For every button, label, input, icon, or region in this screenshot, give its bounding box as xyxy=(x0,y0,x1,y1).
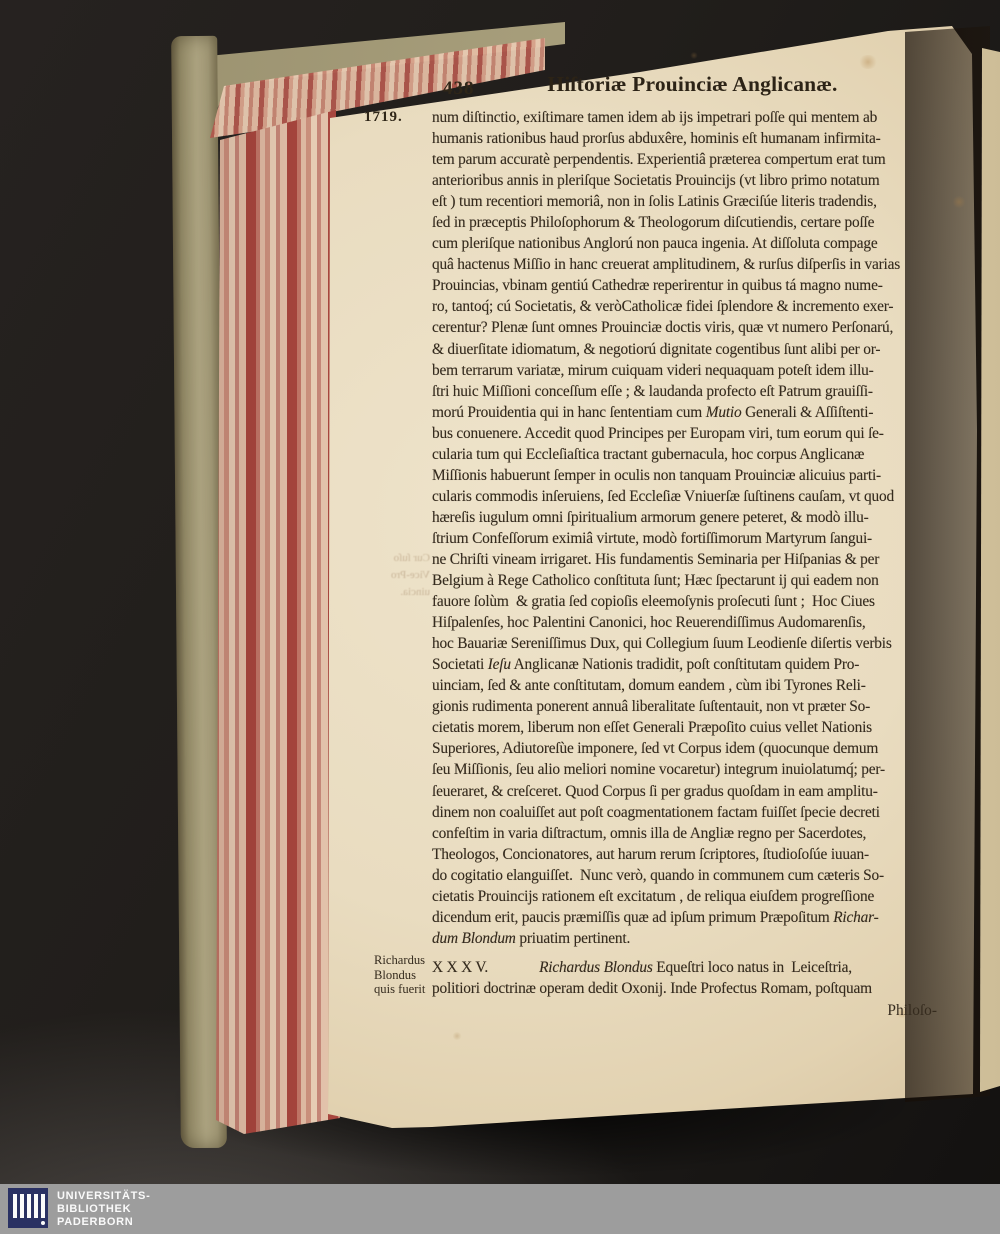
body-text-12: & diuerſitate idiomatum, & negotiorú dig… xyxy=(432,341,937,362)
body-text-16: bus conuenere. Accedit quod Principes pe… xyxy=(432,425,937,446)
body-text-4: anterioribus annis in pleriſque Societat… xyxy=(432,172,937,193)
body-text-21: ſtrium Confeſſorum eximiâ virtute, modò … xyxy=(432,530,937,551)
logo-bar-icon xyxy=(41,1194,45,1218)
body-text-6: ſed in præceptis Philoſophorum & Theolog… xyxy=(432,214,937,235)
margin-note-richardus-2: Blondus xyxy=(374,968,432,983)
body-text-9: Prouincias, vbinam gentiú Cathedræ reper… xyxy=(432,277,937,298)
body-text-22: ne Chriſti vineam irrigaret. His fundame… xyxy=(432,551,937,572)
body-text-17: cularia tum qui Eccleſiaſtica tractant g… xyxy=(432,446,937,467)
section-xxxv-text-2: politiori doctrinæ operam dedit Oxonij. … xyxy=(432,980,937,1001)
library-name-1: UNIVERSITÄTS- xyxy=(57,1190,150,1203)
body-text-36: Theologos, Concionatores, aut harum reru… xyxy=(432,846,937,867)
show-through-ghost-note-1: Cur ſuſo xyxy=(336,550,430,567)
body-text-15: morú Prouidentia qui in hanc ſententiam … xyxy=(432,404,937,425)
library-name-3: PADERBORN xyxy=(57,1216,150,1229)
catchword: Philoſo- xyxy=(432,1002,937,1020)
margin-note-richardus-3: quis fuerit xyxy=(374,982,432,997)
body-text-1: num diſtinctio, exiſtimare tamen idem ab… xyxy=(432,109,937,130)
margin-note-richardus: RichardusBlondusquis fuerit xyxy=(374,953,432,997)
body-text-30: cietatis morem, liberum non eſſet Genera… xyxy=(432,719,937,740)
section-xxxv-text-1: X X X V. Richardus Blondus Equeſtri loco… xyxy=(432,959,937,980)
logo-dot-icon xyxy=(41,1221,45,1225)
running-title: Hiſtoriæ Prouinciæ Anglicanæ. xyxy=(440,72,945,97)
show-through-ghost-note-3: uincia. xyxy=(336,584,430,601)
library-watermark-band: UNIVERSITÄTS-BIBLIOTHEKPADERBORN xyxy=(0,1184,1000,1234)
logo-bar-icon xyxy=(20,1194,24,1218)
body-text-39: dicendum erit, paucis præmiſſis quæ ad i… xyxy=(432,909,937,930)
body-text-29: gionis rudimenta ponerent annuâ liberali… xyxy=(432,698,937,719)
body-text-26: hoc Bauariæ Sereniſſimus Dux, qui Colleg… xyxy=(432,635,937,656)
page-content: 438 Hiſtoriæ Prouinciæ Anglicanæ. 1719. … xyxy=(0,0,1000,1234)
body-text-37: do cogitatio elanguiſſet. Nunc verò, qua… xyxy=(432,867,937,888)
body-text-31: Superiores, Adiutoreſùe imponere, ſed vt… xyxy=(432,740,937,761)
section-xxxv-text: X X X V. Richardus Blondus Equeſtri loco… xyxy=(432,959,937,1001)
logo-bar-icon xyxy=(13,1194,17,1218)
body-text-18: Miſſionis habuerunt ſemper in oculis non… xyxy=(432,467,937,488)
body-text-40: dum Blondum priuatim pertinent. xyxy=(432,930,937,951)
logo-bar-icon xyxy=(34,1194,38,1218)
body-text-2: humanis rationibus haud prorſus abduxêre… xyxy=(432,130,937,151)
show-through-ghost-note: Cur ſuſoVice-Prouincia. xyxy=(336,550,430,601)
body-text-14: ſtri huic Miſſioni conceſſum eſſe ; & la… xyxy=(432,383,937,404)
library-name: UNIVERSITÄTS-BIBLIOTHEKPADERBORN xyxy=(57,1190,150,1230)
body-text-27: Societati Ieſu Anglicanæ Nationis tradid… xyxy=(432,656,937,677)
library-name-2: BIBLIOTHEK xyxy=(57,1203,150,1216)
show-through-ghost-note-2: Vice-Pro xyxy=(336,567,430,584)
margin-year-note: 1719. xyxy=(364,109,426,126)
body-text-23: Belgium à Rege Catholico conſtituta ſunt… xyxy=(432,572,937,593)
body-text-10: ro, tantoq́; cú Societatis, & veròCathol… xyxy=(432,298,937,319)
library-logo-icon xyxy=(8,1188,48,1228)
body-text-5: eſt ) tum recentiori memoriâ, non in ſol… xyxy=(432,193,937,214)
body-text-25: Hiſpalenſes, hoc Palentini Canonici, hoc… xyxy=(432,614,937,635)
body-text-35: confeſtim in varia diſtractum, omnis ill… xyxy=(432,825,937,846)
body-text-19: cularis commodis inſeruiens, ſed Eccleſi… xyxy=(432,488,937,509)
digitized-book-scan: 438 Hiſtoriæ Prouinciæ Anglicanæ. 1719. … xyxy=(0,0,1000,1234)
margin-note-richardus-1: Richardus xyxy=(374,953,432,968)
body-text: num diſtinctio, exiſtimare tamen idem ab… xyxy=(432,109,937,951)
body-text-32: ſeu Miſſionis, ſeu alio meliori nomine v… xyxy=(432,761,937,782)
body-text-20: hæreſis iugulum omni ſpiritualium armoru… xyxy=(432,509,937,530)
body-text-3: tem parum accuratè perpendentis. Experie… xyxy=(432,151,937,172)
body-text-7: cum pleriſque nationibus Anglorú non pau… xyxy=(432,235,937,256)
body-text-24: fauore ſolùm & gratia ſed copioſis eleem… xyxy=(432,593,937,614)
logo-bar-icon xyxy=(27,1194,31,1218)
body-text-11: cerentur? Plenæ ſunt omnes Prouinciæ doc… xyxy=(432,319,937,340)
body-text-8: quâ hactenus Miſſio in hanc creuerat amp… xyxy=(432,256,937,277)
body-text-38: cietatis Prouincijs rationem eſt excitat… xyxy=(432,888,937,909)
body-text-13: bem terrarum variatæ, mirum cuiquam vide… xyxy=(432,362,937,383)
body-text-33: ſeueraret, & creſceret. Quod Corpus ſi p… xyxy=(432,783,937,804)
body-text-34: dinem non coaluiſſet aut poſt coagmentat… xyxy=(432,804,937,825)
body-text-28: uinciam, ſed & ante conſtitutam, domum e… xyxy=(432,677,937,698)
